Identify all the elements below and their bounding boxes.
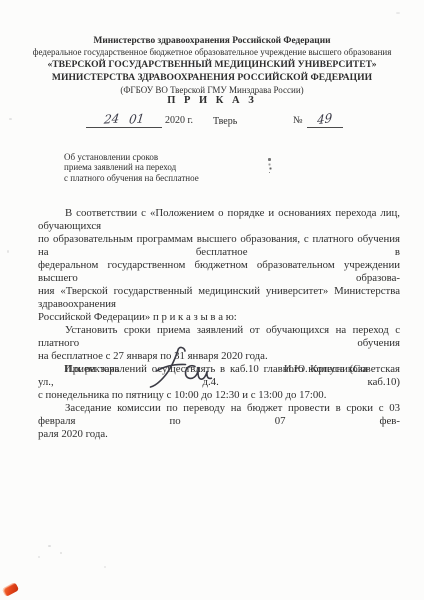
body-line: федеральном государственном бюджетном об…: [38, 259, 400, 285]
city-label: Тверь: [213, 115, 237, 128]
letterhead: Министерство здравоохранения Российской …: [27, 36, 397, 96]
date-field: 24012020 г.: [86, 112, 193, 128]
org-type-line: федеральное государственное бюджетное об…: [27, 47, 397, 58]
dateline-row: 24012020 г. Тверь №49: [38, 112, 400, 130]
year-label: 2020 г.: [165, 113, 193, 128]
handwritten-number: 49: [317, 111, 333, 128]
scan-smudge-artifact: [268, 158, 271, 161]
body-line: ния «Тверской государственный медицински…: [38, 285, 400, 311]
scan-speckle: [38, 556, 40, 558]
number-underline: 49: [307, 112, 343, 128]
handwritten-month: 01: [128, 111, 145, 126]
signer-position-label: И.о. ректора: [64, 364, 119, 375]
body-line: раля 2020 года.: [38, 428, 400, 441]
scan-speckle: [9, 118, 12, 120]
date-underline: 2401: [86, 112, 162, 128]
signer-name-label: И.Ю. Колесникова: [284, 364, 367, 375]
number-sign: №: [293, 113, 303, 128]
body-line: В соответствии с «Положением о порядке и…: [38, 207, 400, 233]
body-line: Заседание комиссии по переводу на бюджет…: [38, 402, 400, 428]
scan-speckle: [48, 545, 51, 547]
body-line: Российской Федерации» п р и к а з ы в а …: [38, 311, 400, 324]
subject-line: с платного обучения на бесплатное: [64, 173, 199, 183]
handwritten-day: 24: [103, 111, 120, 126]
subject-line: Об установлении сроков: [64, 152, 199, 162]
body-line: по образовательным программам высшего об…: [38, 233, 400, 259]
scan-speckle: [7, 250, 9, 253]
ministry-line: Министерство здравоохранения Российской …: [27, 36, 397, 47]
ministry-of-line: МИНИСТЕРСТВА ЗДРАВООХРАНЕНИЯ РОССИЙСКОЙ …: [27, 72, 397, 83]
subject-block: Об установлении сроков приема заявлений …: [64, 152, 199, 183]
scan-speckle: [396, 12, 400, 14]
subject-line: приема заявлений на переход: [64, 162, 199, 172]
body-text: В соответствии с «Положением о порядке и…: [38, 207, 400, 441]
university-name-line: «ТВЕРСКОЙ ГОСУДАРСТВЕННЫЙ МЕДИЦИНСКИЙ УН…: [27, 59, 397, 70]
signature-scribble: [148, 345, 220, 393]
document-type-title: П Р И К А З: [27, 95, 397, 106]
scanned-order-document: Министерство здравоохранения Российской …: [0, 0, 424, 600]
orange-sticker-artifact: [2, 582, 19, 597]
scan-speckle: [104, 566, 106, 568]
short-name-line: (ФГБОУ ВО Тверской ГМУ Минздрава России): [27, 85, 397, 96]
scan-speckle: [60, 552, 62, 554]
order-number-field: №49: [293, 112, 343, 128]
